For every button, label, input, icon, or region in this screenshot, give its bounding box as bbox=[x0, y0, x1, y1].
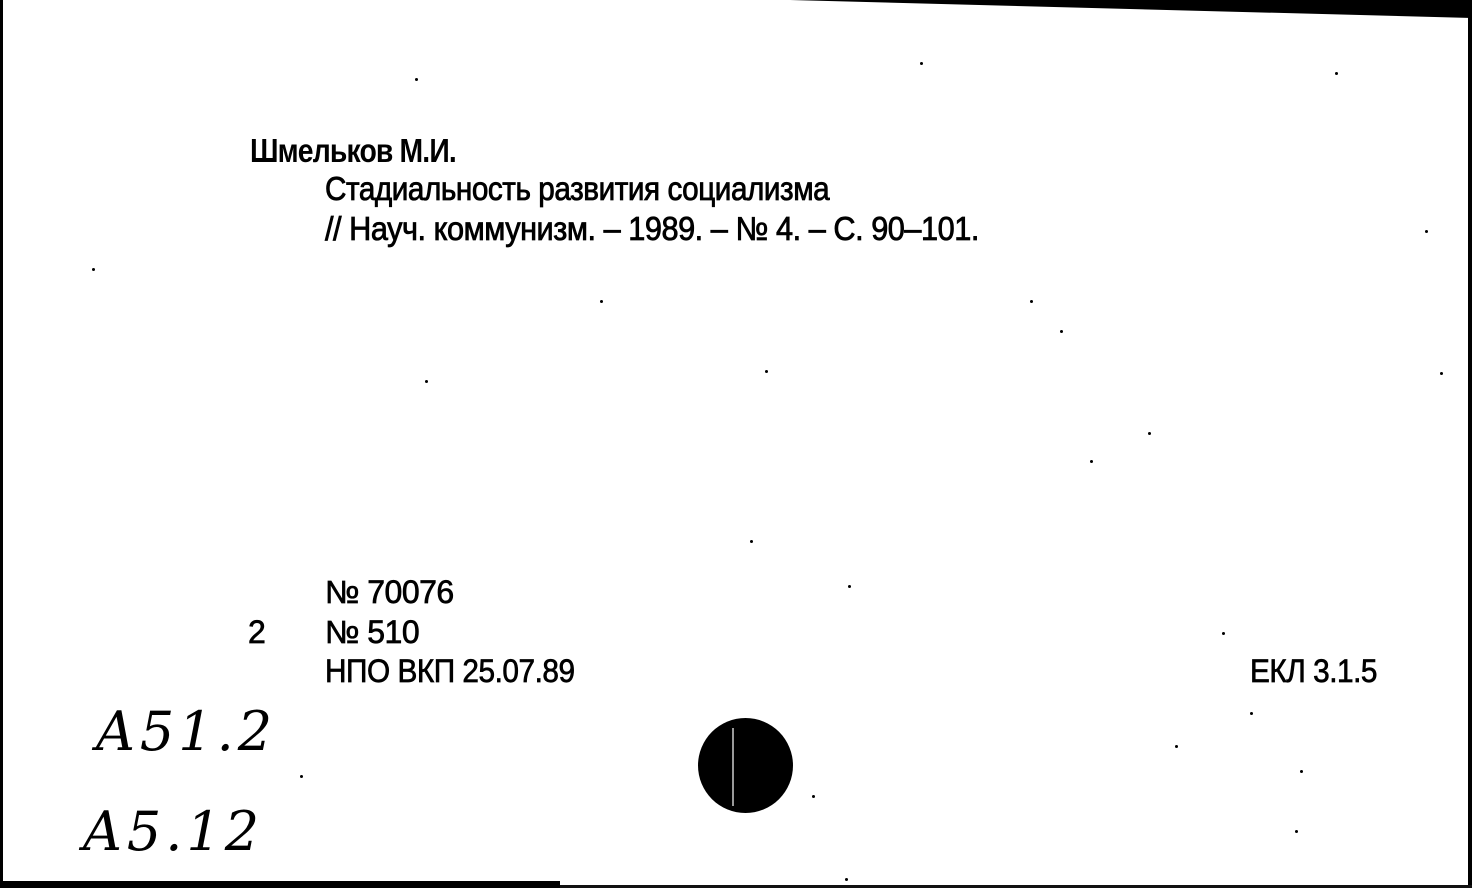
classification-code: ЕКЛ 3.1.5 bbox=[1250, 653, 1377, 690]
inventory-number-2: № 510 bbox=[325, 614, 419, 651]
author: Шмельков М.И. bbox=[250, 132, 456, 170]
scan-edge-left bbox=[0, 0, 3, 888]
source-citation: // Науч. коммунизм. – 1989. – № 4. – С. … bbox=[325, 210, 979, 248]
copies-count: 2 bbox=[248, 614, 265, 651]
issuer-and-date: НПО ВКП 25.07.89 bbox=[325, 653, 575, 690]
inventory-number-1: № 70076 bbox=[325, 574, 454, 611]
scan-edge-top bbox=[0, 0, 1472, 20]
handwritten-code-1: А51.2 bbox=[95, 700, 276, 763]
punch-hole bbox=[698, 718, 793, 813]
scan-edge-bottom bbox=[0, 881, 560, 888]
catalog-card: Шмельков М.И. Стадиальность развития соц… bbox=[0, 0, 1472, 888]
handwritten-code-2: А5.12 bbox=[82, 800, 263, 863]
work-title: Стадиальность развития социализма bbox=[325, 170, 829, 208]
scan-edge-right bbox=[1468, 0, 1472, 888]
